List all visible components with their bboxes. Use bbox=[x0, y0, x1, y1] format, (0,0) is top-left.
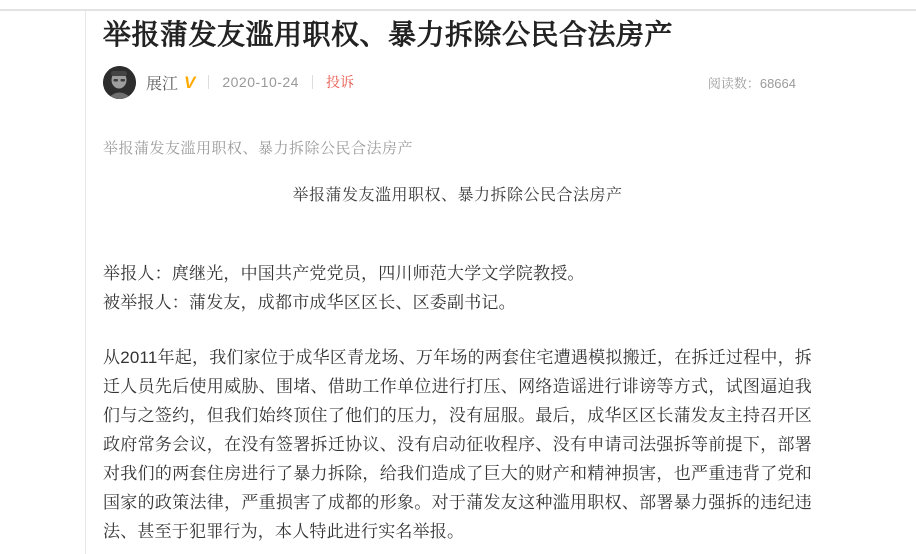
body-paragraph: 从2011年起，我们家位于成华区青龙场、万年场的两套住宅遭遇模拟搬迁，在拆迁过程… bbox=[103, 343, 812, 546]
read-count: 阅读数：68664 bbox=[708, 73, 812, 92]
article-title: 举报蒲发友滥用职权、暴力拆除公民合法房产 bbox=[103, 17, 829, 53]
reporter-block: 举报人：庹继光，中国共产党党员，四川师范大学文学院教授。 被举报人：蒲发友，成都… bbox=[103, 259, 812, 317]
separator bbox=[208, 75, 209, 89]
avatar-portrait-image bbox=[103, 66, 136, 99]
body-centered-heading: 举报蒲发友滥用职权、暴力拆除公民合法房产 bbox=[103, 185, 812, 207]
separator bbox=[312, 75, 313, 89]
complaint-link[interactable]: 投诉 bbox=[326, 72, 354, 92]
body-caption: 举报蒲发友滥用职权、暴力拆除公民合法房产 bbox=[103, 139, 812, 159]
article-page: 举报蒲发友滥用职权、暴力拆除公民合法房产 展江 V 2020-10-24 投诉 … bbox=[86, 11, 829, 546]
verified-badge-icon: V bbox=[184, 74, 195, 91]
author-bar: 展江 V 2020-10-24 投诉 阅读数：68664 bbox=[103, 65, 812, 99]
author-avatar[interactable] bbox=[103, 66, 136, 99]
reported-line: 被举报人：蒲发友，成都市成华区区长、区委副书记。 bbox=[103, 288, 812, 317]
article-body: 举报蒲发友滥用职权、暴力拆除公民合法房产 举报蒲发友滥用职权、暴力拆除公民合法房… bbox=[103, 139, 812, 546]
reporter-line: 举报人：庹继光，中国共产党党员，四川师范大学文学院教授。 bbox=[103, 259, 812, 288]
author-name[interactable]: 展江 bbox=[146, 71, 178, 94]
publish-date: 2020-10-24 bbox=[222, 74, 299, 90]
